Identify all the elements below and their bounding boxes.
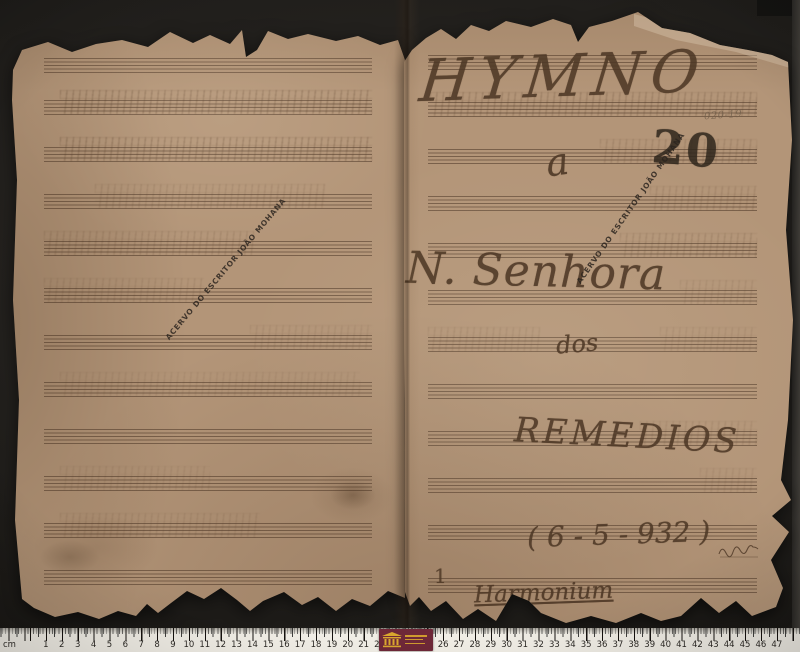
ruler-number: 9 bbox=[170, 640, 175, 650]
ruler-number: 8 bbox=[154, 640, 159, 650]
ruler-number: 17 bbox=[295, 640, 306, 650]
right-page-wrap: HYMNO a N. Senhora dos REMEDIOS ( 6 - 5 … bbox=[0, 0, 800, 652]
ruler-number: 45 bbox=[740, 640, 751, 650]
ruler-number: 15 bbox=[263, 640, 274, 650]
ruler-number: 32 bbox=[533, 640, 544, 650]
ruler-number: 37 bbox=[613, 640, 624, 650]
library-building-icon bbox=[382, 632, 402, 648]
ruler-number: 36 bbox=[597, 640, 608, 650]
ruler-number: 34 bbox=[565, 640, 576, 650]
ruler-number: 13 bbox=[231, 640, 242, 650]
ruler-number: 31 bbox=[517, 640, 528, 650]
ruler-number: 6 bbox=[123, 640, 128, 650]
ruler-number: 12 bbox=[215, 640, 226, 650]
ruler-number: 42 bbox=[692, 640, 703, 650]
ruler-number: 46 bbox=[756, 640, 767, 650]
label-text-lines bbox=[405, 635, 427, 646]
ruler-number: 41 bbox=[676, 640, 687, 650]
ruler-number: 40 bbox=[660, 640, 671, 650]
handwritten-date: ( 6 - 5 - 932 ) bbox=[526, 515, 710, 554]
ruler-number: 19 bbox=[326, 640, 337, 650]
ruler-number: 16 bbox=[279, 640, 290, 650]
handwritten-title: HYMNO bbox=[416, 37, 710, 115]
ruler-number: 28 bbox=[469, 640, 480, 650]
ruler-number: 38 bbox=[628, 640, 639, 650]
handwritten-instrument: Harmonium bbox=[474, 578, 614, 609]
manuscript-right-page: HYMNO a N. Senhora dos REMEDIOS ( 6 - 5 … bbox=[0, 0, 800, 652]
handwritten-connector: dos bbox=[555, 328, 599, 360]
handwritten-page-number: 1 bbox=[434, 564, 447, 588]
ruler-number: 29 bbox=[485, 640, 496, 650]
measuring-ruler: cm 1234567891011121314151617181920212223… bbox=[0, 628, 800, 652]
manuscript-scan: ACERVO DO ESCRITOR JOÃO MOHANA HYMNO a N… bbox=[0, 0, 800, 652]
ruler-number: 11 bbox=[199, 640, 210, 650]
ruler-number: 27 bbox=[454, 640, 465, 650]
ruler-number: 1 bbox=[43, 640, 48, 650]
ruler-number: 43 bbox=[708, 640, 719, 650]
ruler-number: 4 bbox=[91, 640, 96, 650]
handwritten-dedication2: REMEDIOS bbox=[513, 410, 741, 462]
ruler-number: 2 bbox=[59, 640, 64, 650]
ruler-number: 47 bbox=[771, 640, 782, 650]
ruler-number: 26 bbox=[438, 640, 449, 650]
ruler-unit-label: cm bbox=[3, 640, 16, 650]
ruler-number: 44 bbox=[724, 640, 735, 650]
ruler-number: 35 bbox=[581, 640, 592, 650]
ruler-number: 5 bbox=[107, 640, 112, 650]
ruler-number: 7 bbox=[139, 640, 144, 650]
ruler-number: 20 bbox=[342, 640, 353, 650]
ruler-number: 10 bbox=[183, 640, 194, 650]
signature-flourish bbox=[718, 542, 760, 560]
handwritten-article: a bbox=[543, 139, 572, 186]
handwritten-dedication: N. Senhora bbox=[405, 243, 667, 301]
pencil-annotation: 020-19 bbox=[704, 109, 743, 123]
ruler-number: 18 bbox=[311, 640, 322, 650]
ruler-number: 33 bbox=[549, 640, 560, 650]
ruler-number: 14 bbox=[247, 640, 258, 650]
ruler-number: 39 bbox=[644, 640, 655, 650]
archive-ruler-label bbox=[379, 629, 433, 651]
ruler-number: 30 bbox=[501, 640, 512, 650]
ruler-number: 3 bbox=[75, 640, 80, 650]
ruler-number: 21 bbox=[358, 640, 369, 650]
